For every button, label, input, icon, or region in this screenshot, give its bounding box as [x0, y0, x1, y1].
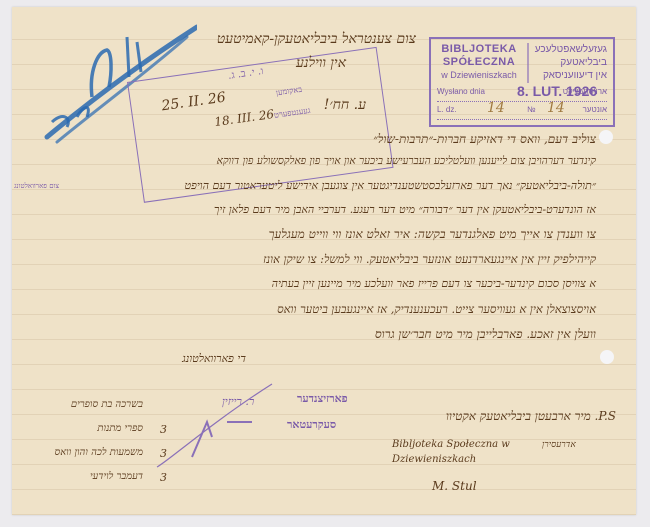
closing-line: די פארוואלטונג — [182, 352, 246, 365]
postscript: P.S. מיר ארבעטן ביבליאטעק אקטיוו — [446, 409, 616, 424]
received-stamp-header: ו. י. ב. ג. — [227, 66, 264, 82]
letter-page: גילגע ו. י. ב. ג. 25. II. 26 באקומען 18.… — [12, 7, 636, 515]
body-line-6: קייהילפיק זיין אין איינגעארדנעט אונזער ב… — [263, 252, 596, 266]
ldz-label: L. dz. — [437, 105, 457, 114]
answered-label: געענטפערט — [273, 106, 311, 120]
received-label: באקומען — [275, 85, 302, 98]
punch-hole-bottom — [600, 350, 614, 364]
sent-label-yi: ארויסגעשיקט — [563, 87, 607, 96]
signature-stamp-text: Bibljoteka Społeczna w Dziewieniszkach — [392, 437, 542, 467]
purple-signature-stroke-icon — [152, 382, 282, 472]
punch-hole-top — [599, 130, 613, 144]
body-line-3: ״תולה-ביבליאטעק״ נאך דער פארזעלבסטשטענדי… — [185, 179, 597, 192]
body-line-8: אויסצוצאלן אין א געוויסער צייט. רעכענענד… — [277, 302, 596, 316]
margin-note: צום פארוואלטונג — [14, 182, 59, 190]
stamp-yiddish-line2: ביבליאטעק — [527, 56, 607, 69]
signature-side: אדרעסירן — [542, 439, 576, 450]
stamp-polish-line3: w Dziewieniszkach — [437, 69, 521, 82]
no-value: 14 — [547, 100, 565, 116]
list-item-3: משמעות לכה והון וואס — [54, 447, 143, 458]
greeting: ע. חח׳! — [324, 97, 366, 114]
chairman-stamp: פארזיצנדער — [297, 392, 348, 405]
stamp-number-row: L. dz. 14 № 14 אונטער — [437, 105, 607, 120]
signature-name: M. Stul — [432, 479, 477, 493]
ldz-value: 14 — [487, 100, 505, 116]
body-line-1: צוליב דעם, וואס די דאזיקע חברות-״תרבות-ש… — [373, 132, 596, 147]
library-stamp: BIBLJOTEKA SPÓŁECZNA w Dziewieniszkach ג… — [429, 37, 615, 127]
body-line-9: וועלן אין זאכע. פארבלייבן מיר מיט חבר׳שן… — [375, 327, 596, 342]
received-date: 25. II. 26 — [161, 90, 227, 115]
secretary-stamp: סעקרעטאר — [287, 418, 336, 431]
sent-label: Wysłano dnia — [437, 87, 485, 96]
stamp-polish-line2: SPÓŁECZNA — [437, 56, 521, 69]
answered-date: 18. III. 26 — [213, 107, 274, 129]
no-label: № — [527, 105, 536, 114]
address-line1: צום צענטראל ביבליאטעקן-קאמיטעט — [217, 31, 416, 48]
address-line2: אין ווילנע — [296, 55, 346, 72]
stamp-sent-row: Wysłano dnia 8. LUT. 1926 ארויסגעשיקט — [437, 87, 607, 102]
body-line-7: א צוויסן סכום קינדער-ביכער צו דעם פרייז … — [272, 277, 596, 290]
stamp-yiddish-line1: געזעלשאפטלעכע — [527, 43, 607, 56]
no-label-yi: אונטער — [583, 105, 607, 114]
list-item-1: בשרכה בת סופרים — [71, 399, 143, 410]
list-item-2: ספרי מתנות — [97, 423, 143, 434]
list-item-4: דעמבר לוידעי — [90, 471, 143, 482]
stamp-yiddish-line3: אין דיעוועניסאק — [527, 69, 607, 82]
body-line-2: קינדער דערהויבן צום לייענען וועלטליכע הע… — [217, 155, 596, 167]
list-item-4-marker: 3 — [160, 471, 167, 484]
list-item-2-marker: 3 — [160, 423, 167, 436]
body-line-5: צו ווענדן צו אייך מיט פאלגנדער בקשה: איר… — [269, 227, 596, 242]
body-line-4: אז הונדערט-ביבליאטעקן אין דער ״דבורה״ מי… — [214, 203, 596, 216]
stamp-polish-line1: BIBLJOTEKA — [437, 43, 521, 56]
list-item-3-marker: 3 — [160, 447, 167, 460]
